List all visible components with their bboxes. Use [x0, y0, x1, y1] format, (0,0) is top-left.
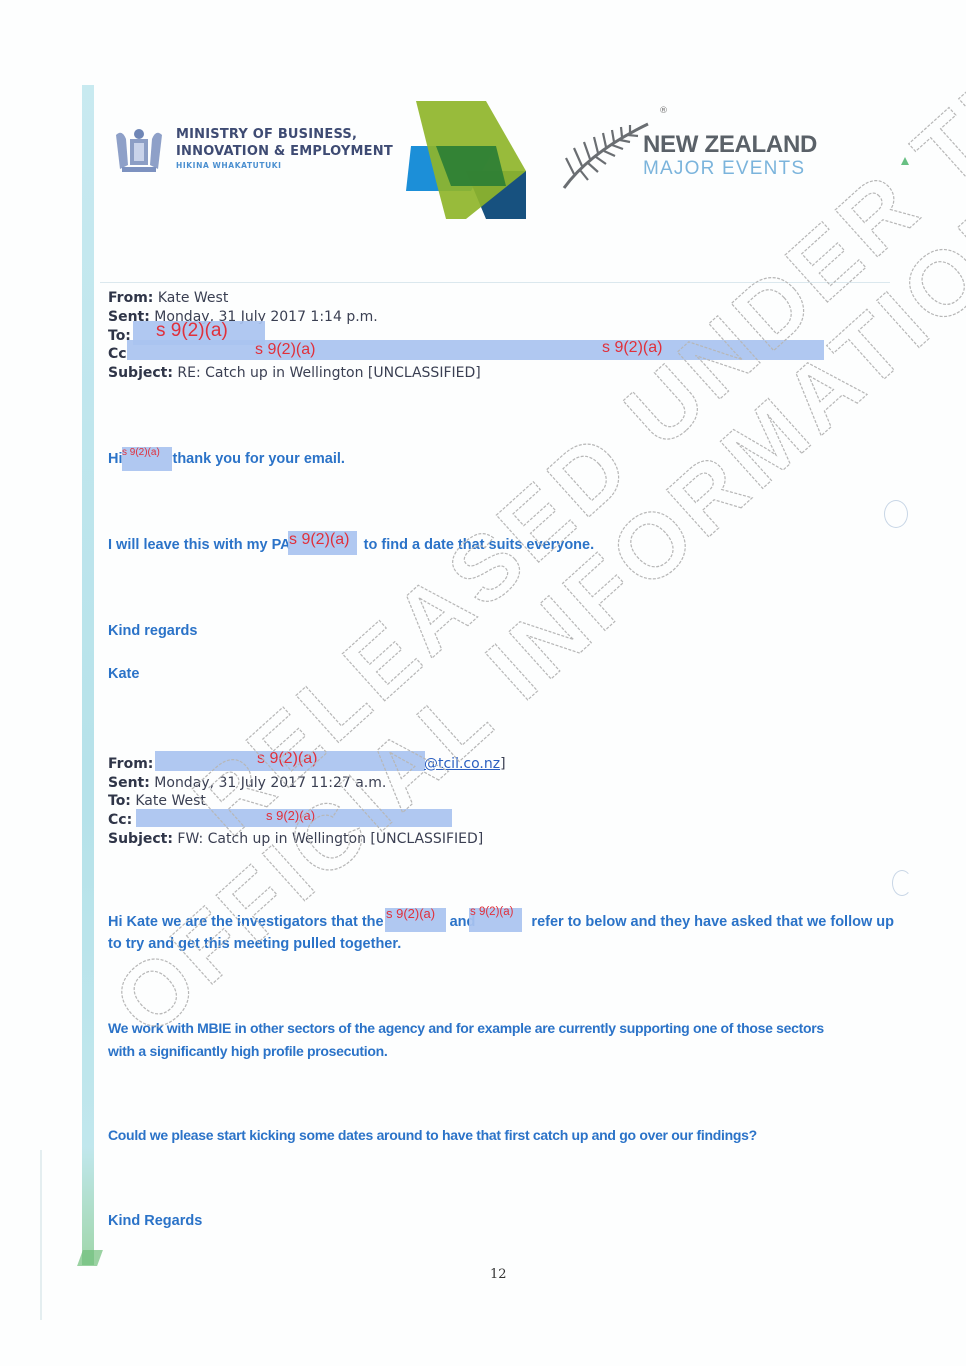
email2-from-line: From: — [108, 755, 153, 773]
registered-mark: ® — [659, 106, 668, 116]
email2-sent-line: Sent: Monday, 31 July 2017 11:27 a.m. — [108, 774, 386, 792]
email2-para1-line2: to try and get this meeting pulled toget… — [108, 933, 401, 955]
email1-greeting-redaction-code: s 9(2)(a) — [122, 447, 160, 458]
email2-cc-redaction-code: s 9(2)(a) — [266, 808, 315, 823]
email1-cc-redaction — [127, 340, 824, 360]
email2-from-close-bracket: ] — [500, 756, 505, 772]
email1-cc-line: Cc — [108, 345, 127, 363]
email2-to-line: To: Kate West — [108, 792, 206, 810]
email2-subject-value: FW: Catch up in Wellington [UNCLASSIFIED… — [173, 831, 483, 847]
scan-artifact-ring-1 — [884, 500, 908, 528]
email2-para1-part-c: refer to below and they have asked that … — [531, 914, 894, 930]
email2-para3: Could we please start kicking some dates… — [108, 1124, 757, 1146]
email2-to-value: Kate West — [131, 793, 206, 809]
email2-para2-line2: with a significantly high profile prosec… — [108, 1040, 387, 1062]
email1-signature: Kate — [108, 663, 139, 685]
email2-para1-redaction-code-2: s 9(2)(a) — [470, 906, 513, 918]
nzme-line-2: MAJOR EVENTS — [643, 158, 817, 180]
email2-para2-line1: We work with MBIE in other sectors of th… — [108, 1017, 824, 1039]
email1-greeting-suffix: thank you for your email. — [173, 451, 345, 467]
scan-artifact-line — [40, 1150, 42, 1320]
email2-cc-line: Cc: — [108, 811, 132, 829]
email2-from-domain-link[interactable]: @tcil.co.nz — [424, 756, 500, 772]
email1-subject-label: Subject: — [108, 365, 173, 381]
coat-of-arms-icon — [112, 125, 166, 175]
email1-para1-redaction-code: s 9(2)(a) — [289, 531, 349, 549]
email2-subject-line: Subject: FW: Catch up in Wellington [UNC… — [108, 830, 483, 848]
email2-cc-label: Cc: — [108, 812, 132, 828]
email1-cc-redaction-code-1: s 9(2)(a) — [255, 341, 315, 359]
email1-cc-redaction-code-2: s 9(2)(a) — [602, 339, 662, 357]
email2-para1-redaction-code-1: s 9(2)(a) — [386, 906, 435, 921]
email1-from-label: From: — [108, 290, 153, 306]
mbie-line-1: MINISTRY OF BUSINESS, — [176, 126, 393, 143]
email1-para1-prefix: I will leave this with my PA — [108, 537, 291, 553]
mbie-brand-mark-icon — [406, 101, 536, 219]
email1-from-line: From: Kate West — [108, 289, 228, 307]
email1-subject-line: Subject: RE: Catch up in Wellington [UNC… — [108, 364, 481, 382]
email2-sent-label: Sent: — [108, 775, 150, 791]
email2-subject-label: Subject: — [108, 831, 173, 847]
scan-mark-green — [901, 157, 909, 165]
nzme-logo-text: NEW ZEALAND MAJOR EVENTS — [643, 132, 817, 180]
email1-from-value: Kate West — [153, 290, 228, 306]
header-divider — [100, 282, 890, 283]
document-page: MINISTRY OF BUSINESS, INNOVATION & EMPLO… — [0, 0, 966, 1366]
mbie-logo-text: MINISTRY OF BUSINESS, INNOVATION & EMPLO… — [176, 126, 393, 170]
email1-subject-value: RE: Catch up in Wellington [UNCLASSIFIED… — [173, 365, 481, 381]
mbie-line-3: HIKINA WHAKATUTUKI — [176, 161, 393, 170]
mbie-line-2: INNOVATION & EMPLOYMENT — [176, 143, 393, 160]
page-number: 12 — [490, 1267, 507, 1282]
email1-cc-label: Cc — [108, 346, 127, 362]
email2-from-redaction-code: s 9(2)(a) — [257, 750, 317, 768]
email2-from-address: @tcil.co.nz] — [424, 755, 506, 773]
highlighter-margin-tail — [77, 1250, 103, 1266]
email1-para1-suffix: to find a date that suits everyone. — [360, 537, 594, 553]
email1-signoff: Kind regards — [108, 620, 197, 642]
silver-fern-icon — [560, 122, 650, 192]
highlighter-margin-mark — [82, 85, 94, 1265]
email2-signoff: Kind Regards — [108, 1210, 202, 1232]
email2-to-label: To: — [108, 793, 131, 809]
email2-para1-part-a: Hi Kate we are the investigators that th… — [108, 914, 388, 930]
email2-sent-value: Monday, 31 July 2017 11:27 a.m. — [150, 775, 387, 791]
nzme-line-1: NEW ZEALAND — [643, 132, 817, 158]
email1-to-redaction-code: s 9(2)(a) — [156, 320, 228, 342]
scan-artifact-ring-2 — [892, 870, 912, 896]
email2-from-label: From: — [108, 756, 153, 772]
email1-greeting-prefix: Hi — [108, 451, 123, 467]
